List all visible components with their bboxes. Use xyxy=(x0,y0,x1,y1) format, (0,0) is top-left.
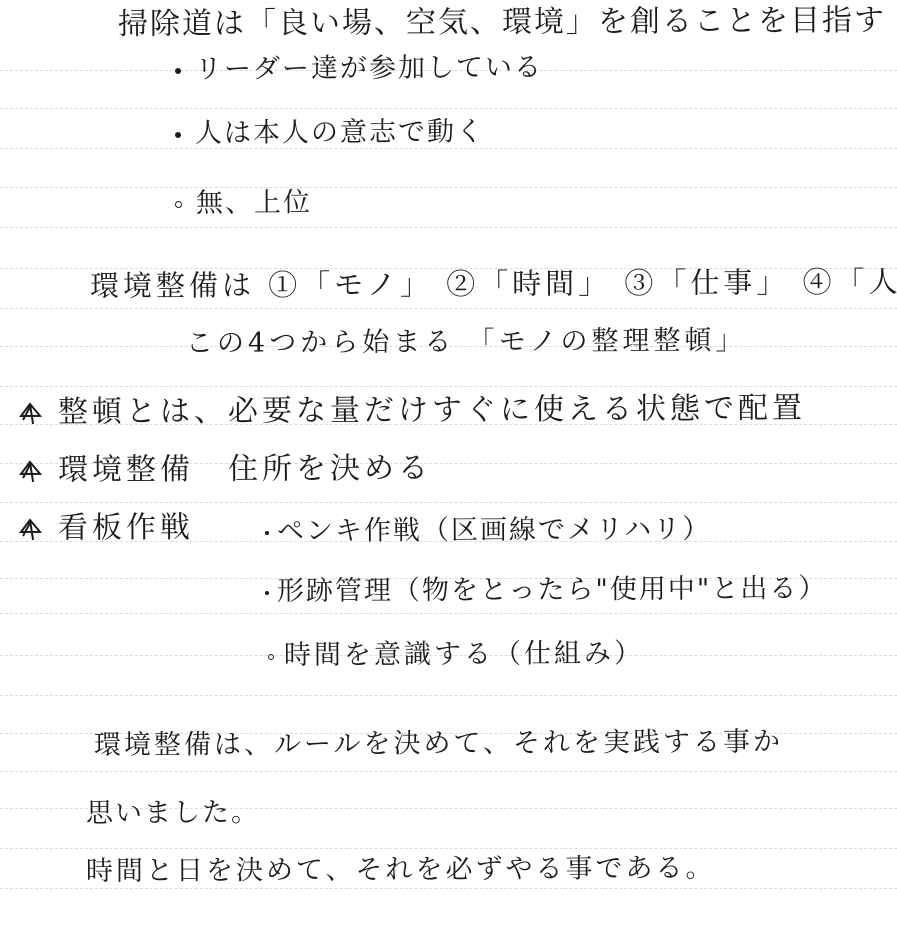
sub-bullet-item: ペンキ作戦（区画線でメリハリ） xyxy=(265,516,711,545)
bullet-item: 無、上位 xyxy=(175,189,312,217)
sub-bullet-text: 形跡管理（物をとったら"使用中"と出る） xyxy=(277,573,827,607)
rule-line xyxy=(0,695,897,696)
rule-line xyxy=(0,148,897,149)
bullet-text: 無、上位 xyxy=(196,187,312,219)
triangle-star-icon xyxy=(18,518,44,542)
marked-item: 整頓とは、必要な量だけすぐに使える状態で配置 xyxy=(18,394,806,428)
triangle-star-icon xyxy=(18,402,44,426)
rule-line xyxy=(0,108,897,109)
bullet-dot-icon xyxy=(175,67,181,73)
sub-bullet-text: ペンキ作戦（区画線でメリハリ） xyxy=(277,514,711,547)
conclusion-line: 時間と日を決めて、それを必ずやる事である。 xyxy=(86,855,716,885)
bullet-dot-icon xyxy=(265,530,269,534)
handwritten-note-page: 掃除道は「良い場、空気、環境」を創ることを目指す リーダー達が参加している 人は… xyxy=(0,0,897,928)
bullet-dot-icon xyxy=(175,201,182,208)
bullet-dot-icon xyxy=(175,131,181,137)
four-elements-line: 環境整備は ①「モノ」 ②「時間」 ③「仕事」 ④「人」 xyxy=(90,268,897,301)
bullet-text: リーダー達が参加している xyxy=(195,52,543,85)
bullet-item: 人は本人の意志で動く xyxy=(175,118,485,147)
bullet-dot-icon xyxy=(268,653,274,659)
sub-bullet-item: 時間を意識する（仕組み） xyxy=(268,640,644,669)
marked-item: 看板作戦 xyxy=(18,513,194,544)
marked-item: 環境整備 住所を決める xyxy=(18,454,432,486)
rule-line xyxy=(0,848,897,849)
bullet-text: 人は本人の意志で動く xyxy=(195,116,485,149)
rule-line xyxy=(0,502,897,503)
sub-bullet-text: 時間を意識する（仕組み） xyxy=(284,638,644,671)
triangle-star-icon xyxy=(18,460,44,484)
conclusion-line: 環境整備は、ルールを決めて、それを実践する事か xyxy=(94,728,783,759)
sub-bullet-item: 形跡管理（物をとったら"使用中"と出る） xyxy=(265,575,827,605)
heading-line: 掃除道は「良い場、空気、環境」を創ることを目指す xyxy=(118,6,886,40)
rule-line xyxy=(0,771,897,772)
rule-line xyxy=(0,187,897,188)
marked-item-text: 環境整備 住所を決める xyxy=(58,451,432,488)
conclusion-line: 思いました。 xyxy=(86,799,260,827)
four-elements-subline: この4つから始まる 「モノの整理整頓」 xyxy=(186,327,747,357)
marked-item-text: 看板作戦 xyxy=(58,510,194,546)
rule-line xyxy=(0,613,897,614)
bullet-item: リーダー達が参加している xyxy=(175,54,543,83)
rule-line xyxy=(0,888,897,889)
rule-line xyxy=(0,227,897,228)
bullet-dot-icon xyxy=(265,590,269,594)
rule-line xyxy=(0,308,897,309)
marked-item-text: 整頓とは、必要な量だけすぐに使える状態で配置 xyxy=(58,391,806,430)
rule-line xyxy=(0,386,897,387)
